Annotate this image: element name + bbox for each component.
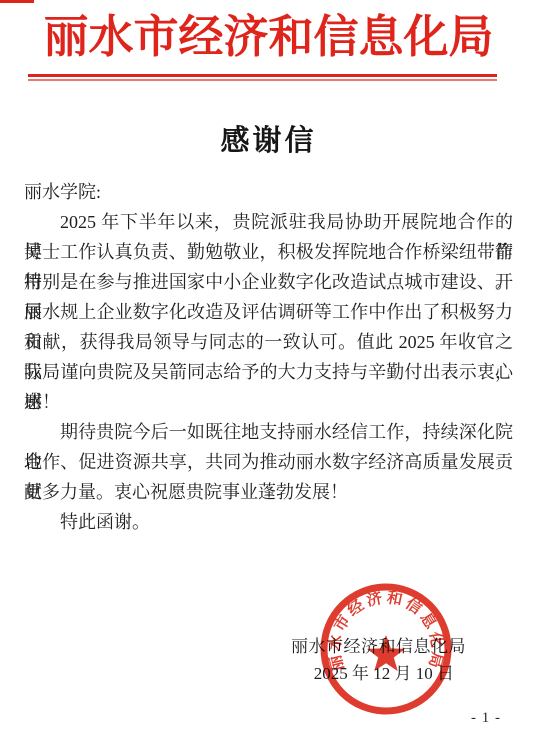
letter-page: 丽水市经济和信息化局 感谢信 丽水学院: 2025 年下半年以来，贵院派驻我局协… xyxy=(0,0,537,744)
body-line: 期待贵院今后一如既往地支持丽水经信工作，持续深化院地 xyxy=(24,417,513,447)
salutation: 丽水学院: xyxy=(24,177,513,207)
letterhead-divider-rule xyxy=(28,74,497,81)
scan-artifact-mark xyxy=(0,0,34,3)
seal-star-icon xyxy=(367,635,405,671)
body-line: 2025 年下半年以来，贵院派驻我局协助开展院地合作的吴箭 xyxy=(24,207,513,237)
letter-title: 感谢信 xyxy=(0,122,537,160)
official-seal: 丽水市经济和信息化局 xyxy=(316,579,456,719)
body-line: 特别是在参与推进国家中小企业数字化改造试点城市建设、开展 xyxy=(24,267,513,297)
page-number: - 1 - xyxy=(471,710,501,727)
body-line: 丽水规上企业数字化改造及评估调研等工作中作出了积极努力和 xyxy=(24,297,513,327)
body-line: 贡献，获得我局领导与同志的一致认可。值此 2025 年收官之际， xyxy=(24,327,513,357)
letterhead-agency-name: 丽水市经济和信息化局 xyxy=(0,9,537,65)
letter-body: 丽水学院: 2025 年下半年以来，贵院派驻我局协助开展院地合作的吴箭 博士工作… xyxy=(24,177,513,537)
body-line: 合作、促进资源共享，共同为推动丽水数字经济高质量发展贡献 xyxy=(24,447,513,477)
body-line: 我局谨向贵院及吴箭同志给予的大力支持与辛勤付出表示衷心感 xyxy=(24,357,513,387)
body-line: 博士工作认真负责、勤勉敬业，积极发挥院地合作桥梁纽带作用。 xyxy=(24,237,513,267)
body-line: 特此函谢。 xyxy=(24,507,513,537)
body-line: 更多力量。衷心祝愿贵院事业蓬勃发展！ xyxy=(24,477,513,507)
body-line: 谢！ xyxy=(24,387,513,417)
